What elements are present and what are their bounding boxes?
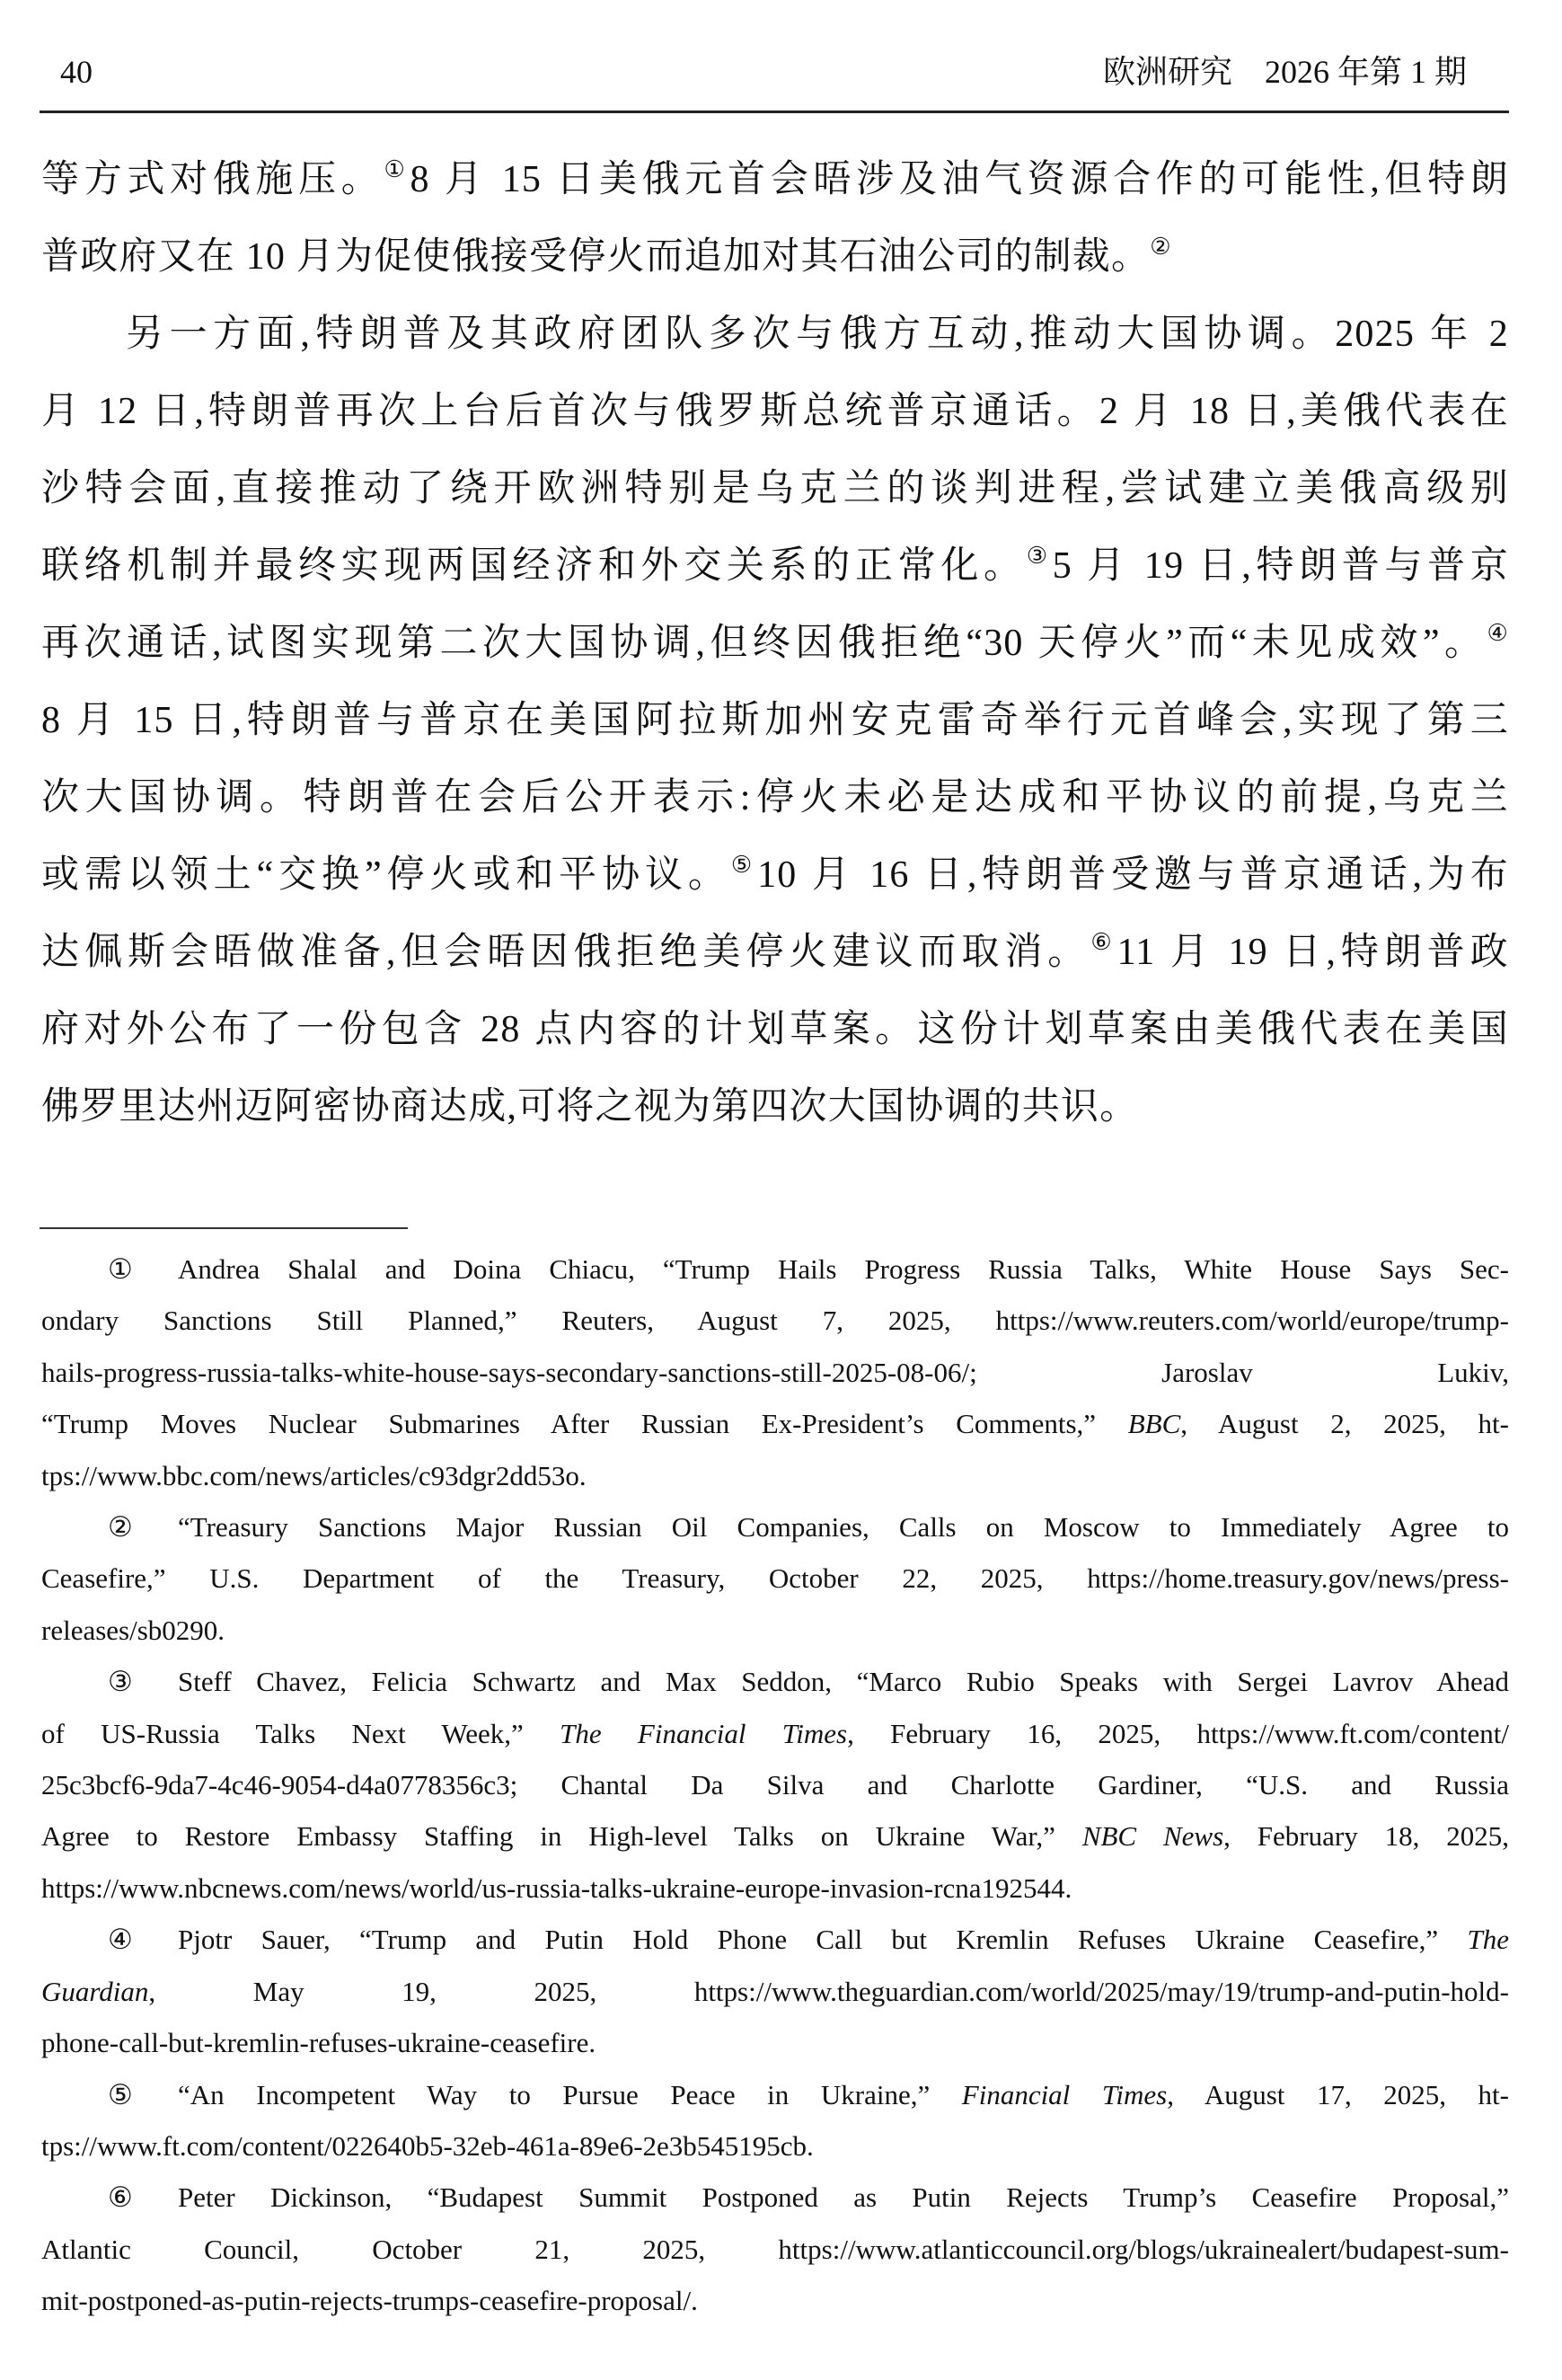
body-line: 次大国协调。特朗普在会后公开表示:停火未必是达成和平协议的前提,乌克兰 <box>41 759 1509 836</box>
body-paragraph: 等方式对俄施压。①8 月 15 日美俄元首会晤涉及油气资源合作的可能性,但特朗普… <box>41 141 1509 296</box>
body-line: 等方式对俄施压。①8 月 15 日美俄元首会晤涉及油气资源合作的可能性,但特朗 <box>41 141 1509 218</box>
footnote-line: ⑤“An Incompetent Way to Pursue Peace in … <box>41 2069 1509 2120</box>
footnote-line: ③Steff Chavez, Felicia Schwartz and Max … <box>41 1656 1509 1707</box>
body-line: 佛罗里达州迈阿密协商达成,可将之视为第四次大国协调的共识。 <box>41 1068 1509 1146</box>
italic-title: Guardian <box>41 1976 148 2007</box>
page-header: 40 欧洲研究 2026 年第 1 期 <box>40 47 1509 97</box>
footnote: ③Steff Chavez, Felicia Schwartz and Max … <box>41 1656 1509 1914</box>
footnote-line: phone-call-but-kremlin-refuses-ukraine-c… <box>41 2017 1509 2068</box>
footnote-reference[interactable]: ① <box>384 156 410 182</box>
italic-title: The Financial Times <box>560 1718 847 1749</box>
footnote-line: 25c3bcf6-9da7-4c46-9054-d4a0778356c3; Ch… <box>41 1759 1509 1810</box>
footnote: ①Andrea Shalal and Doina Chiacu, “Trump … <box>41 1243 1509 1501</box>
body-line: 另一方面,特朗普及其政府团队多次与俄方互动,推动大国协调。2025 年 2 <box>41 296 1509 373</box>
body-line: 再次通话,试图实现第二次大国协调,但终因俄拒绝“30 天停火”而“未见成效”。④ <box>41 605 1509 682</box>
body-line: 月 12 日,特朗普再次上台后首次与俄罗斯总统普京通话。2 月 18 日,美俄代… <box>41 373 1509 450</box>
footnote-reference[interactable]: ⑥ <box>1090 929 1116 955</box>
footnote-marker: ④ <box>108 1914 178 1965</box>
body-line: 8 月 15 日,特朗普与普京在美国阿拉斯加州安克雷奇举行元首峰会,实现了第三 <box>41 682 1509 759</box>
footnote-line: ④Pjotr Sauer, “Trump and Putin Hold Phon… <box>41 1914 1509 1965</box>
footnote-line: tps://www.bbc.com/news/articles/c93dgr2d… <box>41 1450 1509 1501</box>
footnote: ⑤“An Incompetent Way to Pursue Peace in … <box>41 2069 1509 2172</box>
footnote-marker: ① <box>108 1243 178 1295</box>
italic-title: The <box>1468 1924 1510 1955</box>
footnote-reference[interactable]: ③ <box>1027 543 1053 569</box>
footnote-line: tps://www.ft.com/content/022640b5-32eb-4… <box>41 2120 1509 2172</box>
footnote-reference[interactable]: ② <box>1150 234 1172 260</box>
running-head: 欧洲研究 2026 年第 1 期 <box>1103 47 1467 97</box>
footnote: ④Pjotr Sauer, “Trump and Putin Hold Phon… <box>41 1914 1509 2068</box>
footnote-line: ⑥Peter Dickinson, “Budapest Summit Postp… <box>41 2172 1509 2223</box>
body-line: 沙特会面,直接推动了绕开欧洲特别是乌克兰的谈判进程,尝试建立美俄高级别 <box>41 450 1509 527</box>
footnote: ⑥Peter Dickinson, “Budapest Summit Postp… <box>41 2172 1509 2326</box>
footnote-line: https://www.nbcnews.com/news/world/us-ru… <box>41 1862 1509 1914</box>
footnote-line: Ceasefire,” U.S. Department of the Treas… <box>41 1553 1509 1604</box>
header-rule <box>40 111 1509 113</box>
footnote-line: Guardian, May 19, 2025, https://www.theg… <box>41 1966 1509 2017</box>
footnote-line: ②“Treasury Sanctions Major Russian Oil C… <box>41 1501 1509 1553</box>
footnote-line: ondary Sanctions Still Planned,” Reuters… <box>41 1295 1509 1346</box>
footnote-marker: ③ <box>108 1656 178 1707</box>
body-text: 等方式对俄施压。①8 月 15 日美俄元首会晤涉及油气资源合作的可能性,但特朗普… <box>41 141 1509 1146</box>
body-line: 联络机制并最终实现两国经济和外交关系的正常化。③5 月 19 日,特朗普与普京 <box>41 527 1509 605</box>
footnote-line: “Trump Moves Nuclear Submarines After Ru… <box>41 1398 1509 1449</box>
footnote-marker: ⑥ <box>108 2172 178 2223</box>
footnote-line: Agree to Restore Embassy Staffing in Hig… <box>41 1810 1509 1862</box>
italic-title: Financial Times <box>962 2079 1167 2110</box>
body-paragraph: 另一方面,特朗普及其政府团队多次与俄方互动,推动大国协调。2025 年 2月 1… <box>41 296 1509 1146</box>
page-number: 40 <box>60 47 93 97</box>
footnote-marker: ⑤ <box>108 2069 178 2120</box>
footnote-line: Atlantic Council, October 21, 2025, http… <box>41 2224 1509 2275</box>
footnote: ②“Treasury Sanctions Major Russian Oil C… <box>41 1501 1509 1656</box>
footnote-separator <box>40 1227 408 1229</box>
footnote-line: of US-Russia Talks Next Week,” The Finan… <box>41 1708 1509 1759</box>
body-line: 府对外公布了一份包含 28 点内容的计划草案。这份计划草案由美俄代表在美国 <box>41 991 1509 1068</box>
footnote-line: releases/sb0290. <box>41 1605 1509 1656</box>
footnote-reference[interactable]: ⑤ <box>731 852 757 878</box>
footnotes: ①Andrea Shalal and Doina Chiacu, “Trump … <box>41 1243 1509 2327</box>
body-line: 或需以领土“交换”停火或和平协议。⑤10 月 16 日,特朗普受邀与普京通话,为… <box>41 836 1509 914</box>
footnote-line: ①Andrea Shalal and Doina Chiacu, “Trump … <box>41 1243 1509 1295</box>
footnote-line: mit-postponed-as-putin-rejects-trumps-ce… <box>41 2275 1509 2326</box>
body-line: 达佩斯会晤做准备,但会晤因俄拒绝美停火建议而取消。⑥11 月 19 日,特朗普政 <box>41 914 1509 991</box>
italic-title: NBC News <box>1082 1820 1223 1852</box>
footnote-marker: ② <box>108 1501 178 1553</box>
body-line: 普政府又在 10 月为促使俄接受停火而追加对其石油公司的制裁。② <box>41 218 1509 296</box>
footnote-reference[interactable]: ④ <box>1487 620 1509 646</box>
italic-title: BBC <box>1128 1408 1181 1439</box>
footnote-line: hails-progress-russia-talks-white-house-… <box>41 1347 1509 1398</box>
